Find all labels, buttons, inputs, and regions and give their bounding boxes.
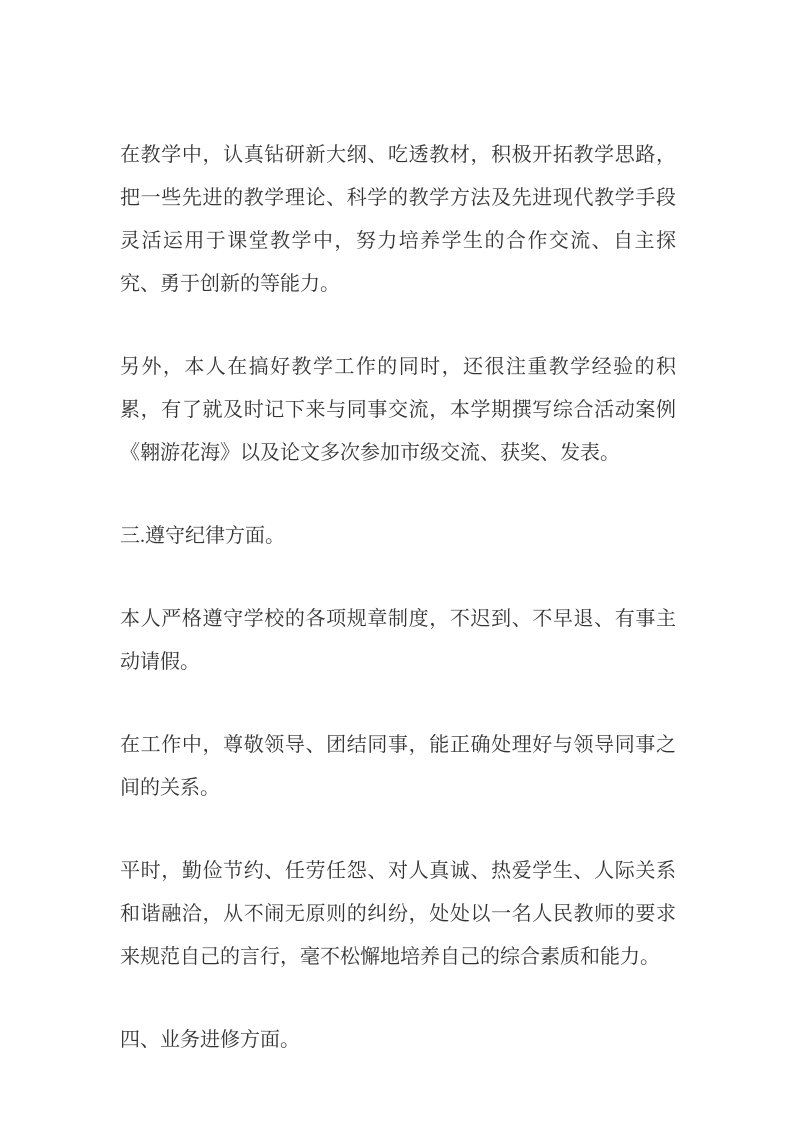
- section-heading-professional-development: 四、业务进修方面。: [120, 1019, 676, 1062]
- paragraph-rules-compliance: 本人严格遵守学校的各项规章制度，不迟到、不早退、有事主动请假。: [120, 598, 676, 684]
- paragraph-experience-accumulation: 另外，本人在搞好教学工作的同时，还很注重教学经验的积累，有了就及时记下来与同事交…: [120, 346, 676, 475]
- paragraph-teaching-methods: 在教学中，认真钻研新大纲、吃透教材，积极开拓教学思路，把一些先进的教学理论、科学…: [120, 134, 676, 306]
- paragraph-work-relations: 在工作中，尊敬领导、团结同事，能正确处理好与领导同事之间的关系。: [120, 724, 676, 810]
- document-body: 在教学中，认真钻研新大纲、吃透教材，积极开拓教学思路，把一些先进的教学理论、科学…: [0, 0, 793, 1062]
- section-heading-discipline: 三.遵守纪律方面。: [120, 515, 676, 558]
- document-page: 在教学中，认真钻研新大纲、吃透教材，积极开拓教学思路，把一些先进的教学理论、科学…: [0, 0, 793, 1122]
- paragraph-personal-conduct: 平时，勤俭节约、任劳任怨、对人真诚、热爱学生、人际关系和谐融洽，从不闹无原则的纠…: [120, 850, 676, 979]
